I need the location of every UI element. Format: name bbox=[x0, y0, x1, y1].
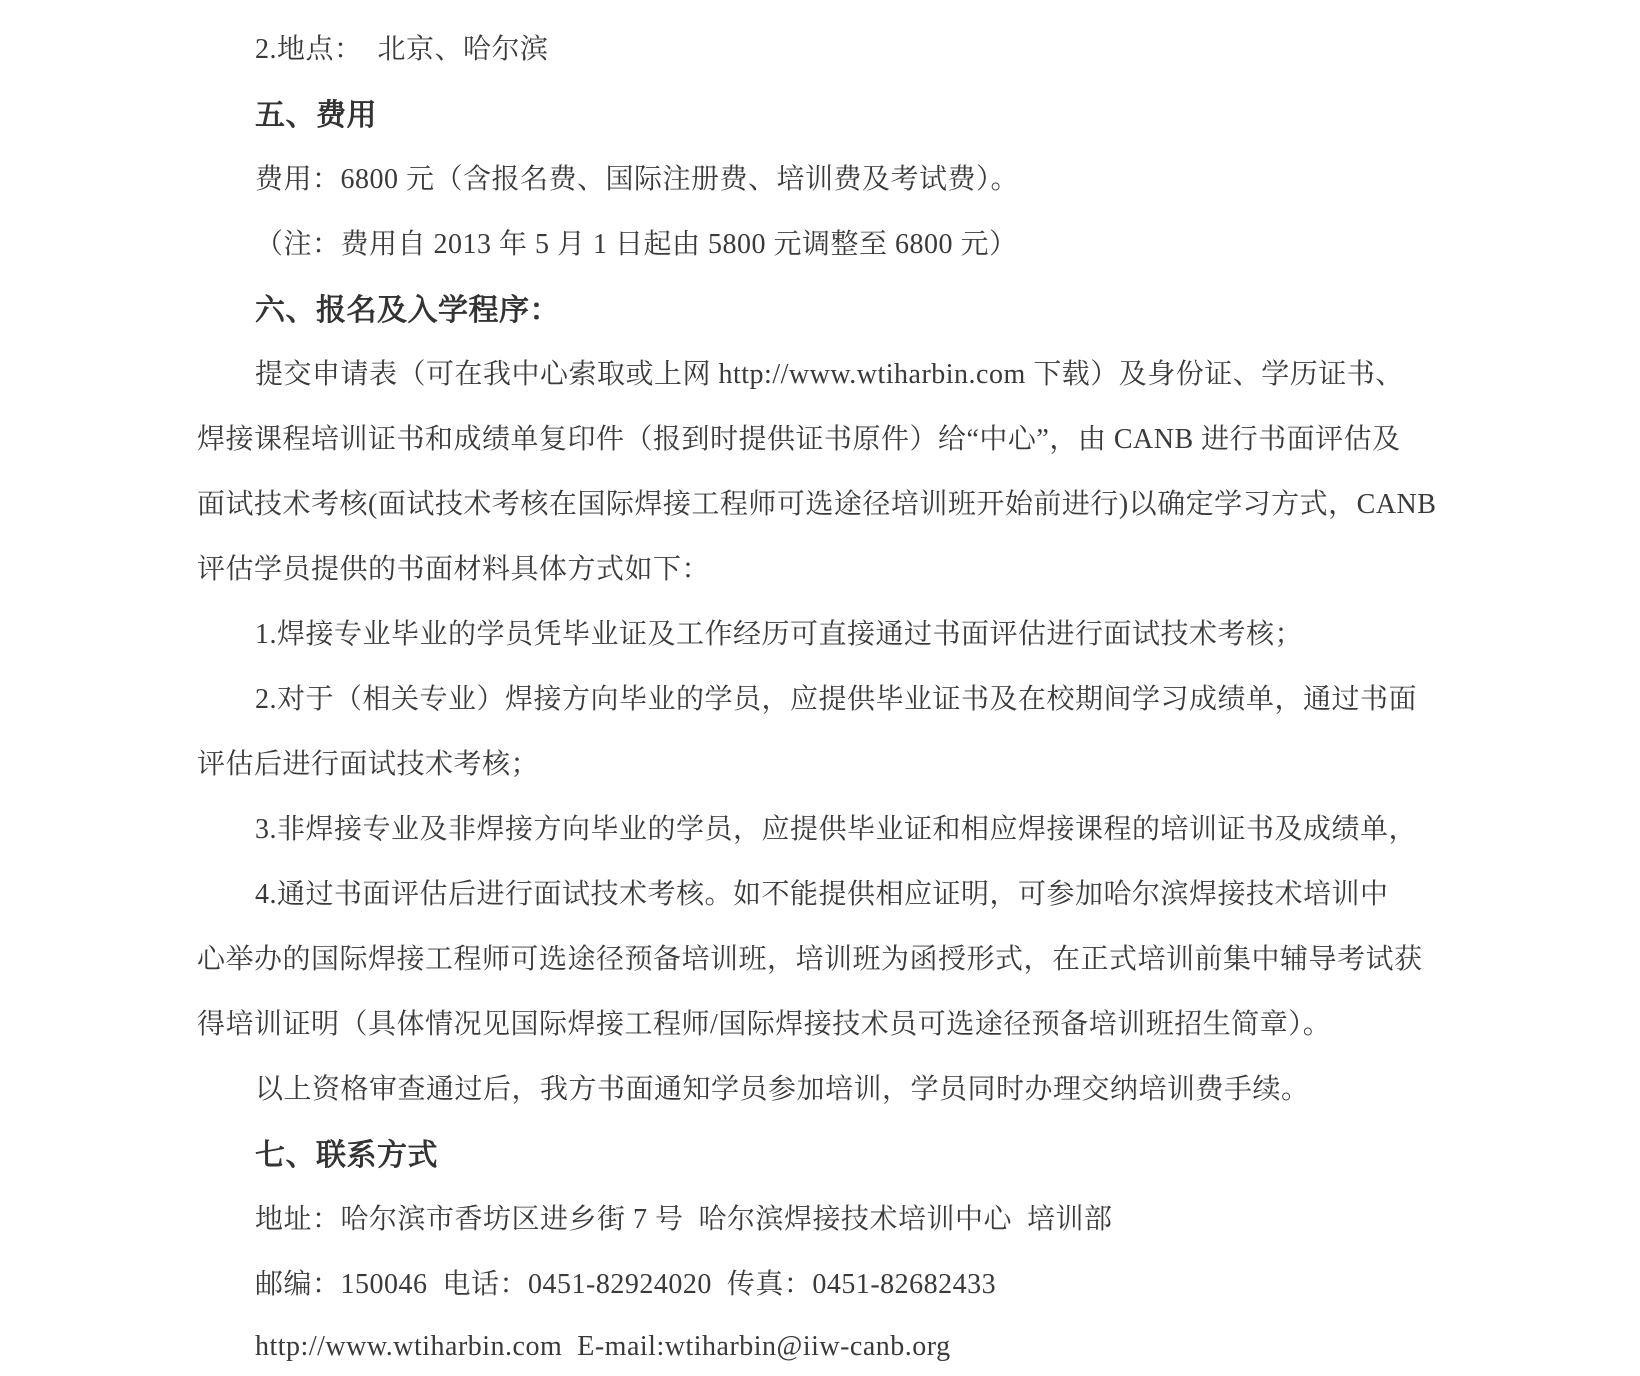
document-content: 2.地点： 北京、哈尔滨五、费用费用：6800 元（含报名费、国际注册费、培训费… bbox=[197, 14, 1480, 1376]
document-page: 2.地点： 北京、哈尔滨五、费用费用：6800 元（含报名费、国际注册费、培训费… bbox=[0, 0, 1640, 1376]
text-line: 地址：哈尔滨市香坊区进乡街 7 号 哈尔滨焊接技术培训中心 培训部 bbox=[197, 1184, 1480, 1249]
text-line: 评估学员提供的书面材料具体方式如下： bbox=[197, 534, 1480, 599]
section-heading: 六、报名及入学程序： bbox=[197, 274, 1480, 339]
text-line: 以上资格审查通过后，我方书面通知学员参加培训，学员同时办理交纳培训费手续。 bbox=[197, 1054, 1480, 1119]
text-line: 得培训证明（具体情况见国际焊接工程师/国际焊接技术员可选途径预备培训班招生简章）… bbox=[197, 989, 1480, 1054]
text-line: 2.地点： 北京、哈尔滨 bbox=[197, 14, 1480, 79]
text-line: 心举办的国际焊接工程师可选途径预备培训班，培训班为函授形式，在正式培训前集中辅导… bbox=[197, 924, 1480, 989]
text-line: 4.通过书面评估后进行面试技术考核。如不能提供相应证明，可参加哈尔滨焊接技术培训… bbox=[197, 859, 1480, 924]
text-line: 邮编：150046 电话：0451-82924020 传真：0451-82682… bbox=[197, 1249, 1480, 1314]
section-heading: 五、费用 bbox=[197, 79, 1480, 144]
text-line: 提交申请表（可在我中心索取或上网 http://www.wtiharbin.co… bbox=[197, 339, 1480, 404]
text-line: 1.焊接专业毕业的学员凭毕业证及工作经历可直接通过书面评估进行面试技术考核； bbox=[197, 599, 1480, 664]
text-line: （注：费用自 2013 年 5 月 1 日起由 5800 元调整至 6800 元… bbox=[197, 209, 1480, 274]
text-line: 2.对于（相关专业）焊接方向毕业的学员，应提供毕业证书及在校期间学习成绩单，通过… bbox=[197, 664, 1480, 729]
section-heading: 七、联系方式 bbox=[197, 1119, 1480, 1184]
text-line: http://www.wtiharbin.com E-mail:wtiharbi… bbox=[197, 1314, 1480, 1376]
text-line: 3.非焊接专业及非焊接方向毕业的学员，应提供毕业证和相应焊接课程的培训证书及成绩… bbox=[197, 794, 1480, 859]
text-line: 评估后进行面试技术考核； bbox=[197, 729, 1480, 794]
text-line: 面试技术考核(面试技术考核在国际焊接工程师可选途径培训班开始前进行)以确定学习方… bbox=[197, 469, 1480, 534]
text-line: 费用：6800 元（含报名费、国际注册费、培训费及考试费）。 bbox=[197, 144, 1480, 209]
text-line: 焊接课程培训证书和成绩单复印件（报到时提供证书原件）给“中心”，由 CANB 进… bbox=[197, 404, 1480, 469]
